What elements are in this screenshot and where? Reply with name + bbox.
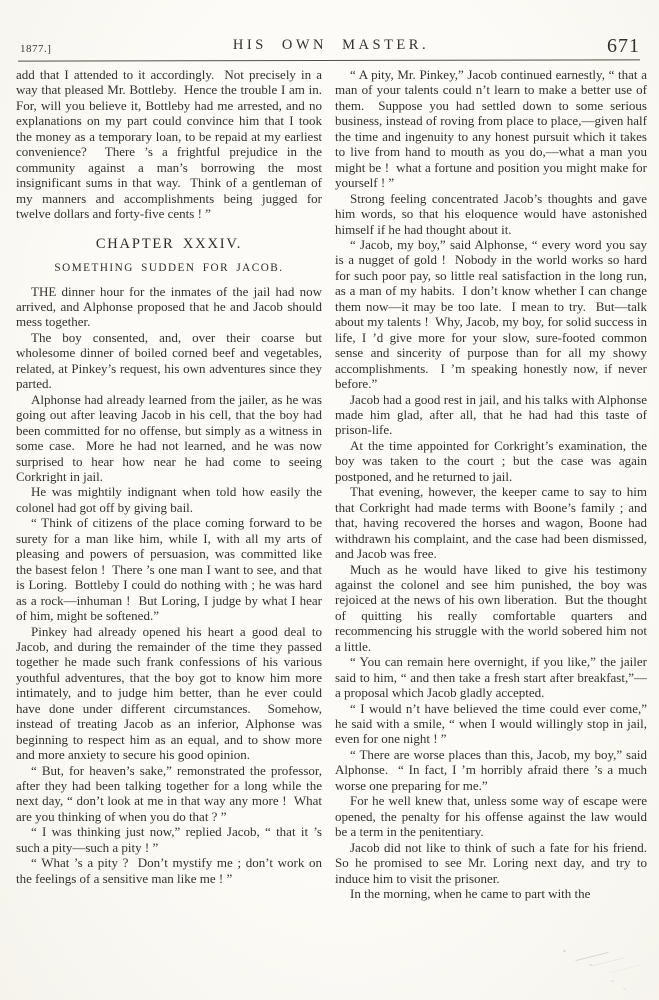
paragraph: The boy consented, and, over their coars… [16,330,322,392]
paragraph: For he well knew that, unless some way o… [335,793,647,839]
paragraph: Jacob did not like to think of such a fa… [335,840,647,886]
paragraph: “ Think of citizens of the place coming … [16,515,322,623]
paragraph: THE dinner hour for the inmates of the j… [16,284,322,330]
pencil-smudge-artifact [561,948,651,996]
paragraph: In the morning, when he came to part wit… [335,886,647,901]
section-heading: SOMETHING SUDDEN FOR JACOB. [16,262,322,274]
running-header: 1877.] HIS OWN MASTER. 671 [20,26,642,58]
right-column: “ A pity, Mr. Pinkey,” Jacob continued e… [335,67,647,901]
header-rule-divider [18,59,640,61]
paragraph: Strong feeling concentrated Jacob’s thou… [335,191,647,237]
paragraph: “ I would n’t have believed the time cou… [335,701,647,747]
paragraph: Alphonse had already learned from the ja… [16,392,322,485]
chapter-heading: CHAPTER XXXIV. [16,236,322,253]
paragraph: “ But, for heaven’s sake,” remonstrated … [16,763,322,825]
paragraph: “ You can remain here overnight, if you … [335,654,647,700]
book-page-scan: 1877.] HIS OWN MASTER. 671 add that I at… [0,0,659,1000]
paragraph: At the time appointed for Corkright’s ex… [335,438,647,484]
paragraph: That evening, however, the keeper came t… [335,484,647,561]
left-column: add that I attended to it accordingly. N… [16,67,322,901]
paragraph: Pinkey had already opened his heart a go… [16,624,322,763]
paragraph: Jacob had a good rest in jail, and his t… [335,392,647,438]
running-title: HIS OWN MASTER. [20,37,642,54]
paragraph: add that I attended to it accordingly. N… [16,67,322,222]
paragraph: “ What ’s a pity ? Don’t mystify me ; do… [16,855,322,886]
paragraph: “ A pity, Mr. Pinkey,” Jacob continued e… [335,67,647,191]
paragraph: He was mightily indignant when told how … [16,484,322,515]
paragraph: “ There are worse places than this, Jaco… [335,747,647,793]
paragraph: Much as he would have liked to give his … [335,562,647,655]
page-number: 671 [607,35,640,58]
text-columns: add that I attended to it accordingly. N… [16,67,647,901]
paragraph: “ Jacob, my boy,” said Alphonse, “ every… [335,237,647,392]
paragraph: “ I was thinking just now,” replied Jaco… [16,824,322,855]
